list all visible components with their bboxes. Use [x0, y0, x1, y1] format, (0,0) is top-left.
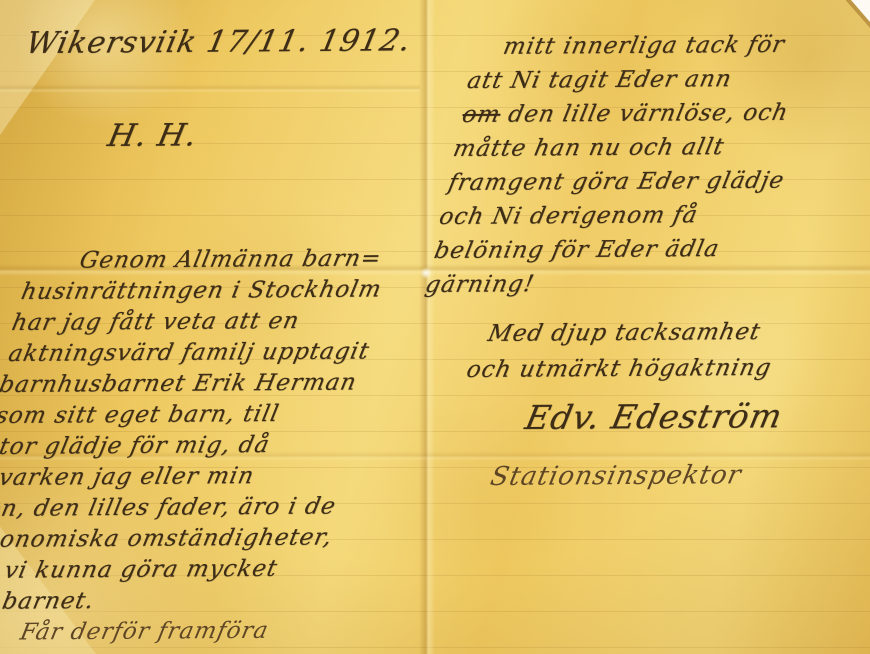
body-line: att vi kunna göra mycket: [0, 553, 329, 587]
vertical-fold-crease: [419, 0, 435, 654]
torn-corner-edge: [836, 0, 870, 28]
salutation: H. H.: [105, 117, 201, 154]
place-date-line: Wikersviik 17/11. 1912.: [23, 23, 415, 61]
body-line: Genom Allmänna barn=: [22, 243, 393, 277]
signature: Edv. Edeström: [522, 396, 786, 437]
body-line: har jag fått veta att en: [9, 305, 380, 339]
body-line: måtte han nu och allt: [450, 130, 794, 166]
body-line: ekonomiska omständigheter,: [0, 522, 335, 556]
body-line: framgent göra Eder glädje: [445, 164, 787, 200]
closing-line: och utmärkt högaktning: [463, 350, 775, 388]
body-line: mitt innerliga tack för: [473, 28, 815, 64]
struck-word: om: [460, 102, 503, 128]
body-line: att Ni tagit Eder ann: [464, 62, 808, 98]
body-line: som sitt eget barn, till: [0, 398, 361, 432]
body-line: husinrättningen i Stockholm: [18, 274, 386, 308]
light-patch-top-left: [0, 0, 95, 135]
body-line: hvarken jag eller min: [0, 460, 348, 494]
body-line: barnhusbarnet Erik Herman: [0, 367, 367, 401]
body-line: om den lille värnlöse, och: [459, 96, 801, 132]
body-line: för barnet.: [0, 584, 323, 618]
body-line: belöning för Eder ädla: [431, 232, 773, 268]
body-line: son, den lilles fader, äro i de: [0, 491, 342, 525]
body-line: och Ni derigenom få: [436, 198, 780, 234]
body-line-rest: den lille värnlöse, och: [506, 100, 791, 128]
signer-title: Stationsinspektor: [488, 460, 745, 492]
letter-photo: Wikersviik 17/11. 1912. H. H. Genom Allm…: [0, 0, 870, 654]
closing-formula: Med djup tacksamhet och utmärkt högaktni…: [463, 314, 782, 388]
body-line: gärning!: [422, 266, 766, 302]
left-page-body: Genom Allmänna barn= husinrättningen i S…: [0, 243, 393, 649]
right-page-body: mitt innerliga tack för att Ni tagit Ede…: [422, 28, 815, 302]
body-line: Får derför framföra: [0, 615, 316, 649]
torn-corner: [842, 0, 870, 22]
body-line: stor glädje för mig, då: [0, 429, 354, 463]
closing-line: Med djup tacksamhet: [471, 314, 783, 352]
horizontal-fold-crease: [0, 84, 420, 93]
body-line: aktningsvärd familj upptagit: [6, 336, 374, 370]
